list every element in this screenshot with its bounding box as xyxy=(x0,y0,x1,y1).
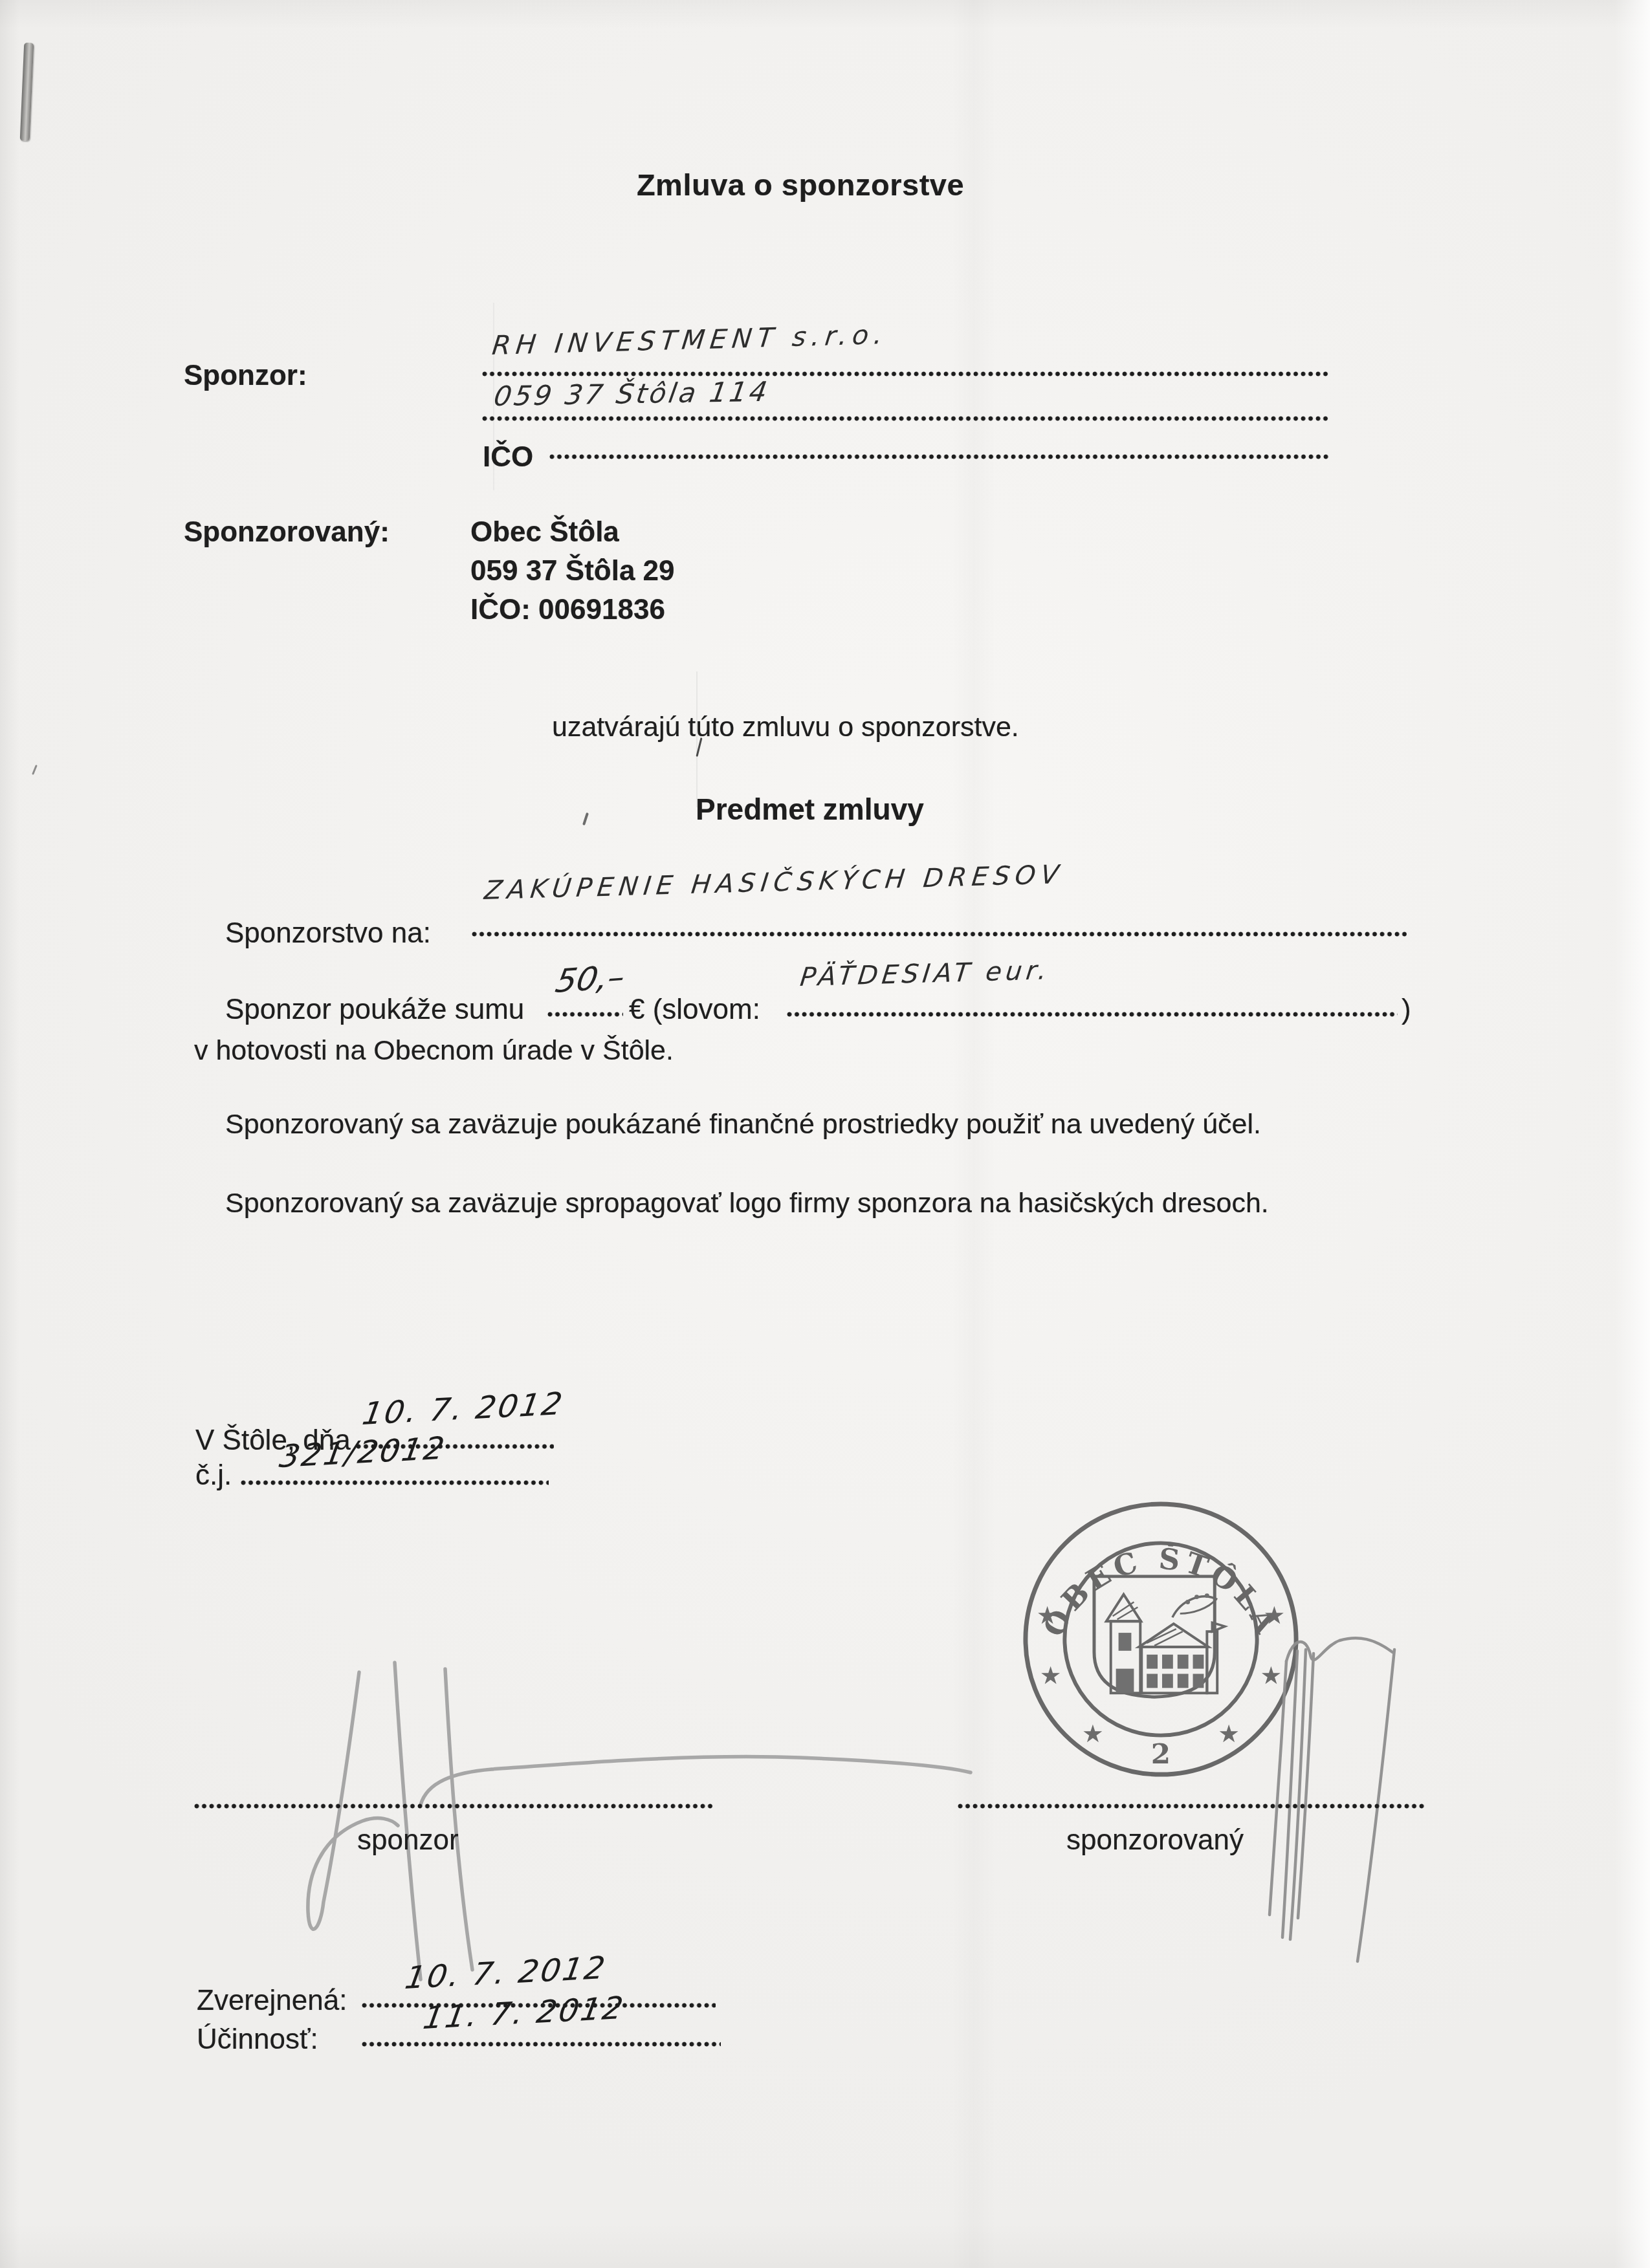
stamp-arc-text-holder: OBEC ŠTÔLA xyxy=(1036,1542,1285,1642)
dotted-line xyxy=(471,930,1407,938)
amount-mid: € (slovom: xyxy=(629,994,760,1026)
stamp-star-icon: ★ xyxy=(1218,1719,1240,1748)
stamp-text: OBEC ŠTÔLA xyxy=(1036,1542,1285,1642)
dotted-line xyxy=(547,1010,623,1018)
stray-pen-mark xyxy=(582,812,589,825)
clause-2: Sponzorovaný sa zaväzuje spropagovať log… xyxy=(225,1188,1269,1219)
sponsor-label: Sponzor: xyxy=(184,360,307,392)
clause-1: Sponzorovaný sa zaväzuje poukázané finan… xyxy=(225,1109,1261,1140)
subject-heading: Predmet zmluvy xyxy=(696,792,924,827)
published-label: Zverejnená: xyxy=(197,1985,347,2017)
stamp-star-icon: ★ xyxy=(1082,1719,1104,1748)
sponsorship-label: Sponzorstvo na: xyxy=(225,917,431,950)
sponsor-address-handwritten: 059 37 Štôla 114 xyxy=(492,376,772,412)
sponsored-signature-label: sponzorovaný xyxy=(1066,1824,1244,1857)
dotted-line xyxy=(481,370,1330,378)
dotted-line xyxy=(240,1479,549,1487)
stamp-star-icon: ★ xyxy=(1037,1601,1059,1630)
dotted-line xyxy=(193,1802,715,1810)
dotted-line xyxy=(786,1010,1398,1018)
sponsor-ico-label: IČO xyxy=(483,441,533,474)
sponsored-address: 059 37 Štôla 29 xyxy=(470,555,675,587)
amount-continuation: v hotovosti na Obecnom úrade v Štôle. xyxy=(194,1035,674,1067)
stamp-star-icon: ★ xyxy=(1040,1661,1062,1690)
amount-prefix: Sponzor poukáže sumu xyxy=(225,994,524,1026)
place-date-handwritten: 10. 7. 2012 xyxy=(360,1386,567,1432)
sponsor-signature-label: sponzor xyxy=(357,1824,459,1857)
staple xyxy=(20,43,34,142)
sponsored-ico: IČO: 00691836 xyxy=(470,594,665,626)
stamp-number: 2 xyxy=(1151,1738,1171,1771)
sponsor-name-handwritten: RH INVESTMENT s.r.o. xyxy=(490,319,889,361)
stamp-star-icon: ★ xyxy=(1264,1601,1286,1630)
scanned-contract-page: Zmluva o sponzorstve Sponzor: RH INVESTM… xyxy=(0,0,1650,2268)
amount-close-paren: ) xyxy=(1402,994,1411,1026)
document-title: Zmluva o sponzorstve xyxy=(542,167,1059,202)
effective-label: Účinnosť: xyxy=(197,2023,318,2056)
intro-sentence: uzatvárajú túto zmluvu o sponzorstve. xyxy=(552,712,1019,743)
dotted-line xyxy=(481,415,1330,422)
dotted-line xyxy=(361,2040,721,2048)
amount-words-handwritten: PÄŤDESIAT eur. xyxy=(798,955,1052,992)
dotted-line xyxy=(549,453,1329,461)
sponsored-name: Obec Štôla xyxy=(470,516,619,549)
sponsored-label: Sponzorovaný: xyxy=(184,516,390,549)
amount-value-handwritten: 50,– xyxy=(553,958,628,1000)
ref-label: č.j. xyxy=(195,1459,232,1492)
stray-pen-mark xyxy=(32,765,38,775)
dotted-line xyxy=(957,1802,1424,1810)
